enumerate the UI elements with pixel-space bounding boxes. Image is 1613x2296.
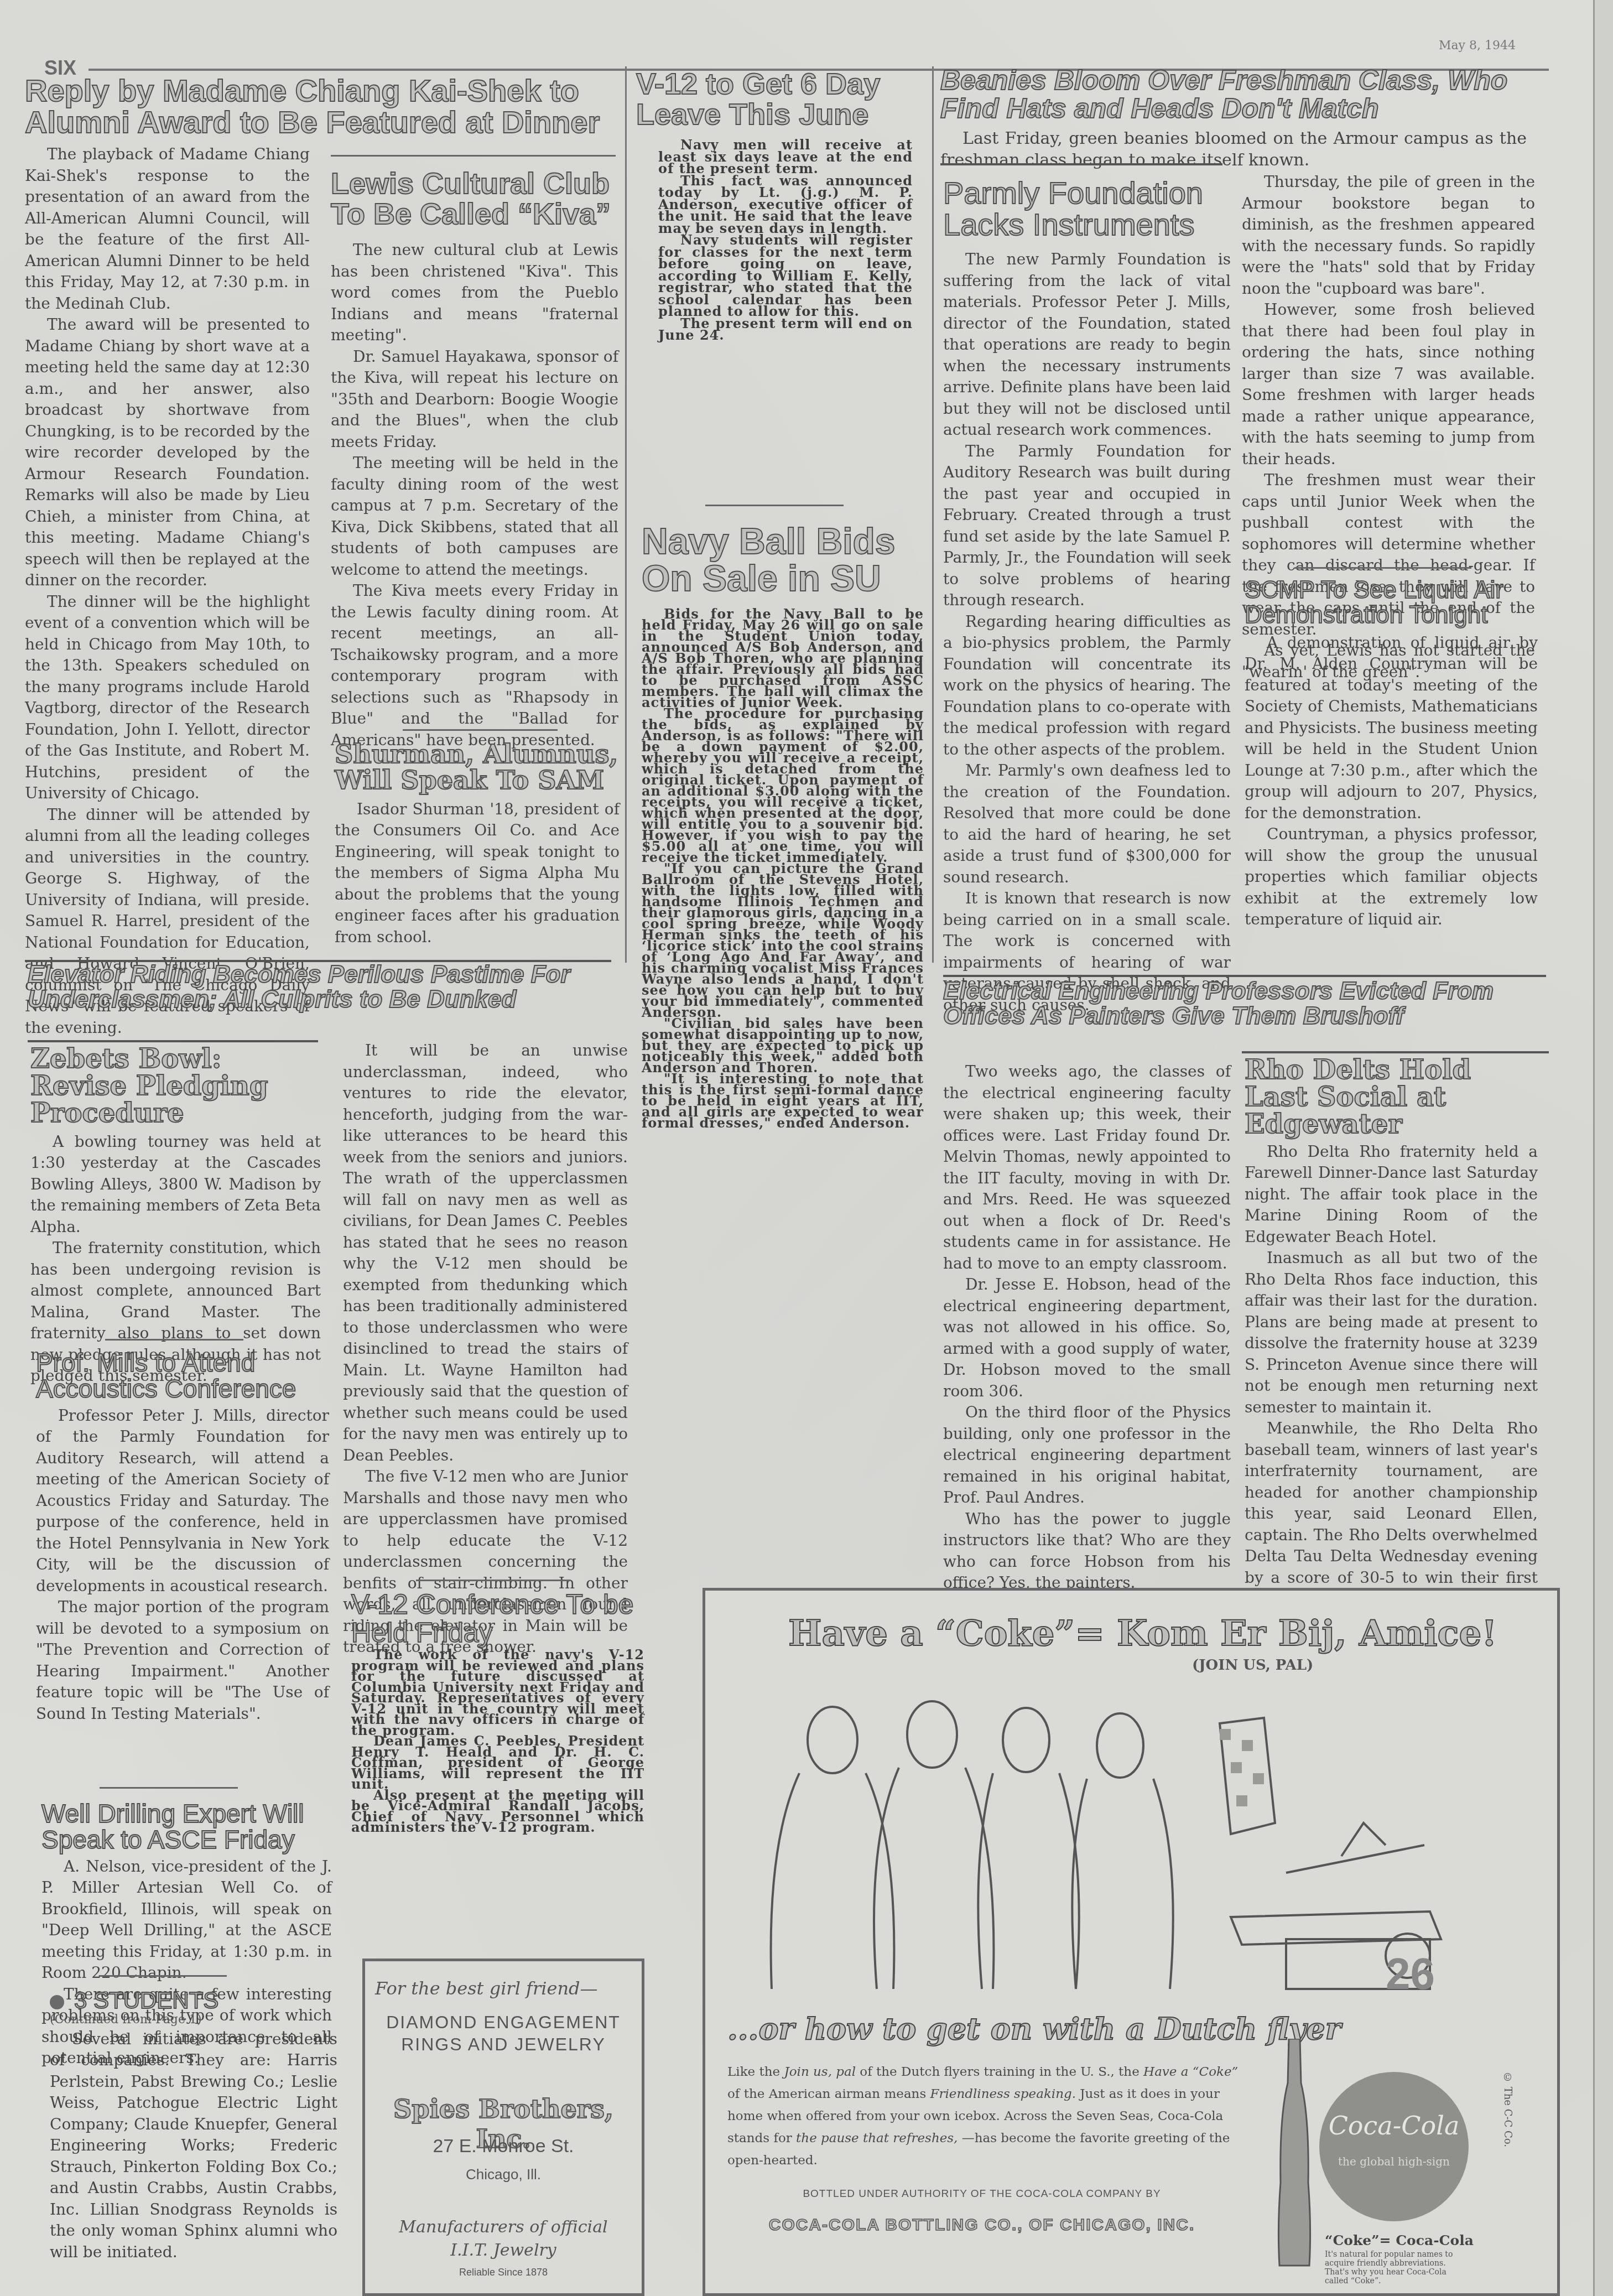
ad-bottler: COCA-COLA BOTTLING CO., OF CHICAGO, INC. xyxy=(705,2216,1258,2235)
headline: Beanies Bloom Over Freshman Class, Who F… xyxy=(940,66,1549,123)
article-rho-delts: Rho Delts Hold Last Social at Edgewater … xyxy=(1245,1057,1538,1610)
paragraph: Dr. Samuel Hayakawa, sponsor of the Kiva… xyxy=(331,346,618,453)
paragraph: However, some frosh believed that there … xyxy=(1242,299,1535,470)
copy-italic: Friendliness speaking. xyxy=(930,2087,1076,2101)
paragraph: Mr. Parmly's own deafness led to the cre… xyxy=(943,760,1231,888)
article-v12-leave: V-12 to Get 6 Day Leave This June Navy m… xyxy=(636,69,918,341)
copy-text: of the American airman means xyxy=(727,2087,930,2101)
headline: Navy Ball Bids On Sale in SU xyxy=(642,523,924,598)
paragraph: Inasmuch as all but two of the Rho Delta… xyxy=(1245,1248,1538,1418)
ad-tagline: For the best girl friend— xyxy=(375,1978,597,1999)
headline: Parmly Foundation Lacks Instruments xyxy=(943,177,1231,240)
headline: Well Drilling Expert Will Speak to ASCE … xyxy=(41,1801,332,1853)
article-body: A demonstration of liquid air by Dr. M. … xyxy=(1245,632,1538,931)
article-body: Bids for the Navy Ball to be held Friday… xyxy=(642,609,924,1129)
coke-bottle-icon xyxy=(1275,2039,1314,2271)
paragraph: The work of the navy's V-12 program will… xyxy=(351,1649,644,1736)
ad-product-line: DIAMOND ENGAGEMENT xyxy=(365,2011,642,2033)
ad-spies-brothers: For the best girl friend— DIAMOND ENGAGE… xyxy=(362,1959,644,2296)
ad-tagline: ...or how to get on with a Dutch flyer xyxy=(727,2011,1341,2046)
paragraph: The new cultural club at Lewis has been … xyxy=(331,240,618,346)
headline: SCMP To See Liquid Air Demonstration Ton… xyxy=(1245,578,1538,628)
binding-edge xyxy=(1593,0,1613,2296)
headline: V-12 Conference To be Held Friday xyxy=(351,1591,644,1647)
divider xyxy=(1294,567,1471,569)
divider xyxy=(705,505,844,506)
article-elevator-body: It will be an unwise underclassman, inde… xyxy=(343,1040,628,1658)
divider xyxy=(105,1339,243,1341)
article-zebets: Zebets Bowl: Revise Pledging Procedure A… xyxy=(30,1046,321,1387)
paragraph: A bowling tourney was held at 1:30 yeste… xyxy=(30,1131,321,1238)
headline: Elevator Riding Becomes Perilous Pastime… xyxy=(28,963,625,1012)
ad-since: Reliable Since 1878 xyxy=(365,2267,642,2278)
airmen-illustration: 26 xyxy=(733,1679,1496,2000)
divider xyxy=(403,729,558,731)
newspaper-page: SIX May 8, 1944 Reply by Madame Chiang K… xyxy=(0,0,1613,2296)
paragraph: The meeting will be held in the faculty … xyxy=(331,453,618,580)
headline: Reply by Madame Chiang Kai-Shek to Alumn… xyxy=(25,75,606,138)
headline: Rho Delts Hold Last Social at Edgewater xyxy=(1245,1057,1538,1138)
ad-city: Chicago, Ill. xyxy=(365,2166,642,2183)
headline: Shurman, Alumnus, Will Speak To SAM xyxy=(335,741,620,793)
paragraph: Dean James C. Peebles, President Henry T… xyxy=(351,1736,644,1790)
article-body: Navy men will receive at least six days … xyxy=(658,139,913,341)
paragraph: A demonstration of liquid air by Dr. M. … xyxy=(1245,632,1538,824)
paragraph: Navy men will receive at least six days … xyxy=(658,139,913,175)
copy-text: of the Dutch flyers training in the U. S… xyxy=(856,2065,1143,2079)
article-beanies: Beanies Bloom Over Freshman Class, Who F… xyxy=(940,66,1549,171)
bullet-icon xyxy=(50,1995,64,2009)
copy-italic: Have a “Coke” xyxy=(1143,2065,1238,2079)
article-chiang: Reply by Madame Chiang Kai-Shek to Alumn… xyxy=(25,75,606,138)
paragraph: The present term will end on June 24. xyxy=(658,318,913,341)
article-body: Isador Shurman '18, president of the Con… xyxy=(335,799,620,948)
column-divider xyxy=(932,66,934,963)
copy-italic: the pause that refreshes, xyxy=(796,2131,958,2146)
ad-copy: Like the Join us, pal of the Dutch flyer… xyxy=(727,2061,1247,2172)
column-divider xyxy=(625,66,627,963)
headline: 3 STUDENTS xyxy=(50,1989,337,2013)
paragraph: Also present at the meeting will be Vice… xyxy=(351,1790,644,1833)
ad-equation-note: It's natural for popular names to acquir… xyxy=(1325,2250,1469,2285)
divider xyxy=(100,1975,227,1977)
article-body: Several initiates are presidents of comp… xyxy=(50,2029,337,2263)
paragraph: Rho Delta Rho fraternity held a Farewell… xyxy=(1245,1141,1538,1248)
headline: Zebets Bowl: Revise Pledging Procedure xyxy=(30,1046,321,1127)
article-body: Rho Delta Rho fraternity held a Farewell… xyxy=(1245,1141,1538,1610)
paragraph: "If you can picture the Grand Ballroom o… xyxy=(642,863,924,1018)
paragraph: The new Parmly Foundation is suffering f… xyxy=(943,249,1231,441)
headline: Prof. Mills to Attend Accoustics Confere… xyxy=(36,1350,329,1402)
logo-script: Coca-Cola xyxy=(1319,2111,1469,2141)
article-shurman: Shurman, Alumnus, Will Speak To SAM Isad… xyxy=(335,741,620,948)
ad-note-line: I.I.T. Jewelry xyxy=(365,2239,642,2262)
paragraph: The Kiva meets every Friday in the Lewis… xyxy=(331,580,618,751)
article-parmly: Parmly Foundation Lacks Instruments The … xyxy=(943,177,1231,1016)
article-elevator: Elevator Riding Becomes Perilous Pastime… xyxy=(28,963,625,1012)
copy-text: Like the xyxy=(727,2065,784,2079)
paragraph: Dr. Jesse E. Hobson, head of the electri… xyxy=(943,1274,1231,1402)
paragraph: It will be an unwise underclassman, inde… xyxy=(343,1040,628,1466)
paragraph: The Parmly Foundation for Auditory Resea… xyxy=(943,441,1231,611)
paragraph: Professor Peter J. Mills, director of th… xyxy=(36,1405,329,1597)
article-body: Professor Peter J. Mills, director of th… xyxy=(36,1405,329,1725)
plane-number: 26 xyxy=(1386,1949,1435,1998)
coca-cola-logo-disc: Coca-Cola the global high-sign xyxy=(1319,2072,1469,2221)
headline: V-12 to Get 6 Day Leave This June xyxy=(636,69,918,130)
ad-address: 27 E. Monroe St. xyxy=(365,2136,642,2157)
divider xyxy=(1242,1051,1549,1053)
paragraph: Isador Shurman '18, president of the Con… xyxy=(335,799,620,948)
paragraph: Who has the power to juggle instructors … xyxy=(943,1509,1231,1594)
logo-sub: the global high-sign xyxy=(1319,2155,1469,2168)
paragraph: The dinner will be the highlight event o… xyxy=(25,591,310,804)
paragraph: On the third floor of the Physics buildi… xyxy=(943,1402,1231,1509)
ad-headline: Have a “Coke”= Kom Er Bij, Amice! xyxy=(788,1613,1497,1654)
headline: Lewis Cultural Club To Be Called “Kiva” xyxy=(331,169,618,230)
article-chiang-body: The playback of Madame Chiang Kai-Shek's… xyxy=(25,144,310,1038)
article-ee: Electrical Engineering Professors Evicte… xyxy=(943,979,1552,1029)
copy-italic: Join us, pal xyxy=(784,2065,856,2079)
article-body: The work of the navy's V-12 program will… xyxy=(351,1649,644,1833)
paragraph: The major portion of the program will be… xyxy=(36,1597,329,1724)
paragraph: This fact was announced today by Lt. (j.… xyxy=(658,175,913,235)
divider xyxy=(416,1580,571,1581)
paragraph: The award will be presented to Madame Ch… xyxy=(25,314,310,591)
article-body: The new Parmly Foundation is suffering f… xyxy=(943,249,1231,1016)
paragraph: Navy students will register for classes … xyxy=(658,234,913,318)
article-mills: Prof. Mills to Attend Accoustics Confere… xyxy=(36,1350,329,1724)
paragraph: Bids for the Navy Ball to be held Friday… xyxy=(642,609,924,708)
article-navy-ball: Navy Ball Bids On Sale in SU Bids for th… xyxy=(642,523,924,1129)
paragraph: "Civilian bid sales have been somewhat d… xyxy=(642,1018,924,1073)
paragraph: A. Nelson, vice-president of the J. P. M… xyxy=(41,1856,332,1984)
ad-equation: “Coke”= Coca-Cola xyxy=(1325,2232,1474,2248)
ad-product-line: RINGS AND JEWELRY xyxy=(365,2033,642,2055)
paragraph: Countryman, a physics professor, will sh… xyxy=(1245,824,1538,931)
article-body: The new cultural club at Lewis has been … xyxy=(331,240,618,751)
ad-manufacturer-note: Manufacturers of official I.I.T. Jewelry xyxy=(365,2216,642,2262)
ad-subhead: (JOIN US, PAL) xyxy=(1192,1657,1313,1674)
paragraph: The playback of Madame Chiang Kai-Shek's… xyxy=(25,144,310,314)
paragraph: Meanwhile, the Rho Delta Rho baseball te… xyxy=(1245,1418,1538,1610)
divider xyxy=(28,1040,318,1042)
article-students: 3 STUDENTS (Continued from Page 1) Sever… xyxy=(50,1989,337,2263)
issue-date: May 8, 1944 xyxy=(1439,39,1516,53)
paragraph: The procedure for purchasing the bids, a… xyxy=(642,708,924,863)
ad-note-line: Manufacturers of official xyxy=(365,2216,642,2239)
article-ee-body: Two weeks ago, the classes of the electr… xyxy=(943,1061,1231,1594)
article-kiva: Lewis Cultural Club To Be Called “Kiva” … xyxy=(331,169,618,751)
divider xyxy=(940,163,1222,165)
paragraph: "It is interesting to note that this is … xyxy=(642,1073,924,1129)
paragraph: Several initiates are presidents of comp… xyxy=(50,2029,337,2263)
headline-text: 3 STUDENTS xyxy=(74,1987,218,2013)
continued-note: (Continued from Page 1) xyxy=(50,2013,337,2027)
divider xyxy=(331,155,616,157)
paragraph: Regarding hearing difficulties as a bio-… xyxy=(943,611,1231,761)
ad-product: DIAMOND ENGAGEMENT RINGS AND JEWELRY xyxy=(365,2011,642,2055)
headline: Electrical Engineering Professors Evicte… xyxy=(943,979,1552,1029)
ad-copyright: © The C-C Co. xyxy=(1502,2072,1513,2147)
article-v12-conference: V-12 Conference To be Held Friday The wo… xyxy=(351,1591,644,1833)
section-divider xyxy=(943,975,1546,977)
paragraph: Two weeks ago, the classes of the electr… xyxy=(943,1061,1231,1274)
divider xyxy=(100,1787,238,1789)
ad-authority: BOTTLED UNDER AUTHORITY OF THE COCA-COLA… xyxy=(705,2188,1258,2200)
article-scmp: SCMP To See Liquid Air Demonstration Ton… xyxy=(1245,578,1538,931)
ad-coca-cola: Have a “Coke”= Kom Er Bij, Amice! (JOIN … xyxy=(703,1588,1560,2296)
paragraph: Thursday, the pile of green in the Armou… xyxy=(1242,172,1535,299)
